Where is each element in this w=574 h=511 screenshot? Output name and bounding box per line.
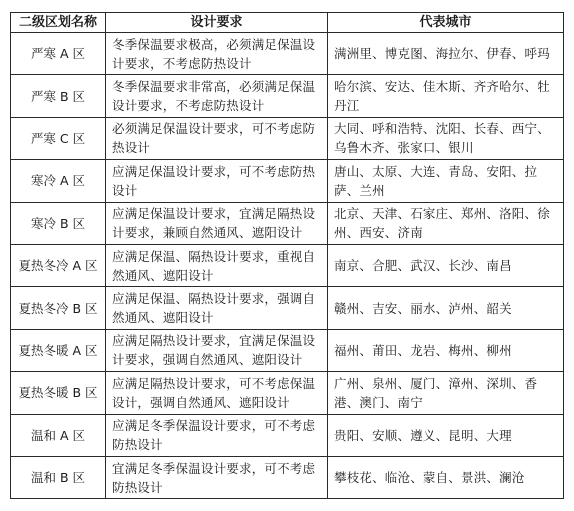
requirement-cell: 冬季保温要求非常高，必须满足保温设计要求，不考虑防热设计	[106, 75, 328, 117]
requirement-cell: 应满足保温、隔热设计要求，强调自然通风、遮阳设计	[106, 287, 328, 329]
requirement-cell: 应满足冬季保温设计要求，可不考虑防热设计	[106, 414, 328, 456]
zone-name-cell: 严寒 B 区	[11, 75, 106, 117]
table-row: 夏热冬暖 A 区 应满足隔热设计要求，宜满足保温设计要求，强调自然通风、遮阳设计…	[11, 329, 564, 371]
table-row: 寒冷 A 区 应满足保温设计要求，可不考虑防热设计 唐山、太原、大连、青岛、安阳…	[11, 160, 564, 202]
requirement-cell: 应满足隔热设计要求，可不考虑保温设计，强调自然通风、遮阳设计	[106, 372, 328, 414]
cities-cell: 广州、泉州、厦门、漳州、深圳、香港、澳门、南宁	[328, 372, 564, 414]
header-design-requirement: 设计要求	[106, 13, 328, 33]
cities-cell: 福州、莆田、龙岩、梅州、柳州	[328, 329, 564, 371]
requirement-cell: 应满足保温、隔热设计要求，重视自然通风、遮阳设计	[106, 244, 328, 286]
requirement-cell: 宜满足冬季保温设计要求，可不考虑防热设计	[106, 456, 328, 498]
requirement-cell: 应满足隔热设计要求，宜满足保温设计要求，强调自然通风、遮阳设计	[106, 329, 328, 371]
table-row: 寒冷 B 区 应满足保温设计要求，宜满足隔热设计要求，兼顾自然通风、遮阳设计 北…	[11, 202, 564, 244]
cities-cell: 贵阳、安顺、遵义、昆明、大理	[328, 414, 564, 456]
table-row: 夏热冬暖 B 区 应满足隔热设计要求，可不考虑保温设计，强调自然通风、遮阳设计 …	[11, 372, 564, 414]
cities-cell: 满洲里、博克图、海拉尔、伊春、呼玛	[328, 33, 564, 75]
zone-name-cell: 夏热冬暖 A 区	[11, 329, 106, 371]
table-row: 夏热冬冷 A 区 应满足保温、隔热设计要求，重视自然通风、遮阳设计 南京、合肥、…	[11, 244, 564, 286]
zone-name-cell: 寒冷 A 区	[11, 160, 106, 202]
table-row: 温和 B 区 宜满足冬季保温设计要求，可不考虑防热设计 攀枝花、临沧、蒙自、景洪…	[11, 456, 564, 498]
zone-name-cell: 严寒 C 区	[11, 117, 106, 159]
table-row: 严寒 A 区 冬季保温要求极高，必须满足保温设计要求，不考虑防热设计 满洲里、博…	[11, 33, 564, 75]
requirement-cell: 必须满足保温设计要求，可不考虑防热设计	[106, 117, 328, 159]
zone-name-cell: 温和 B 区	[11, 456, 106, 498]
cities-cell: 北京、天津、石家庄、郑州、洛阳、徐州、西安、济南	[328, 202, 564, 244]
cities-cell: 攀枝花、临沧、蒙自、景洪、澜沧	[328, 456, 564, 498]
requirement-cell: 应满足保温设计要求，宜满足隔热设计要求，兼顾自然通风、遮阳设计	[106, 202, 328, 244]
requirement-cell: 应满足保温设计要求，可不考虑防热设计	[106, 160, 328, 202]
cities-cell: 大同、呼和浩特、沈阳、长春、西宁、乌鲁木齐、张家口、银川	[328, 117, 564, 159]
table-row: 严寒 B 区 冬季保温要求非常高，必须满足保温设计要求，不考虑防热设计 哈尔滨、…	[11, 75, 564, 117]
climate-zone-table: 二级区划名称 设计要求 代表城市 严寒 A 区 冬季保温要求极高，必须满足保温设…	[10, 12, 564, 499]
header-representative-cities: 代表城市	[328, 13, 564, 33]
zone-name-cell: 温和 A 区	[11, 414, 106, 456]
zone-name-cell: 夏热冬冷 B 区	[11, 287, 106, 329]
requirement-cell: 冬季保温要求极高，必须满足保温设计要求，不考虑防热设计	[106, 33, 328, 75]
zone-name-cell: 寒冷 B 区	[11, 202, 106, 244]
cities-cell: 哈尔滨、安达、佳木斯、齐齐哈尔、牡丹江	[328, 75, 564, 117]
table-row: 温和 A 区 应满足冬季保温设计要求，可不考虑防热设计 贵阳、安顺、遵义、昆明、…	[11, 414, 564, 456]
cities-cell: 南京、合肥、武汉、长沙、南昌	[328, 244, 564, 286]
cities-cell: 赣州、吉安、丽水、泸州、韶关	[328, 287, 564, 329]
zone-name-cell: 严寒 A 区	[11, 33, 106, 75]
zone-name-cell: 夏热冬冷 A 区	[11, 244, 106, 286]
table-row: 夏热冬冷 B 区 应满足保温、隔热设计要求，强调自然通风、遮阳设计 赣州、吉安、…	[11, 287, 564, 329]
header-row: 二级区划名称 设计要求 代表城市	[11, 13, 564, 33]
header-zone-name: 二级区划名称	[11, 13, 106, 33]
table-row: 严寒 C 区 必须满足保温设计要求，可不考虑防热设计 大同、呼和浩特、沈阳、长春…	[11, 117, 564, 159]
zone-name-cell: 夏热冬暖 B 区	[11, 372, 106, 414]
cities-cell: 唐山、太原、大连、青岛、安阳、拉萨、兰州	[328, 160, 564, 202]
